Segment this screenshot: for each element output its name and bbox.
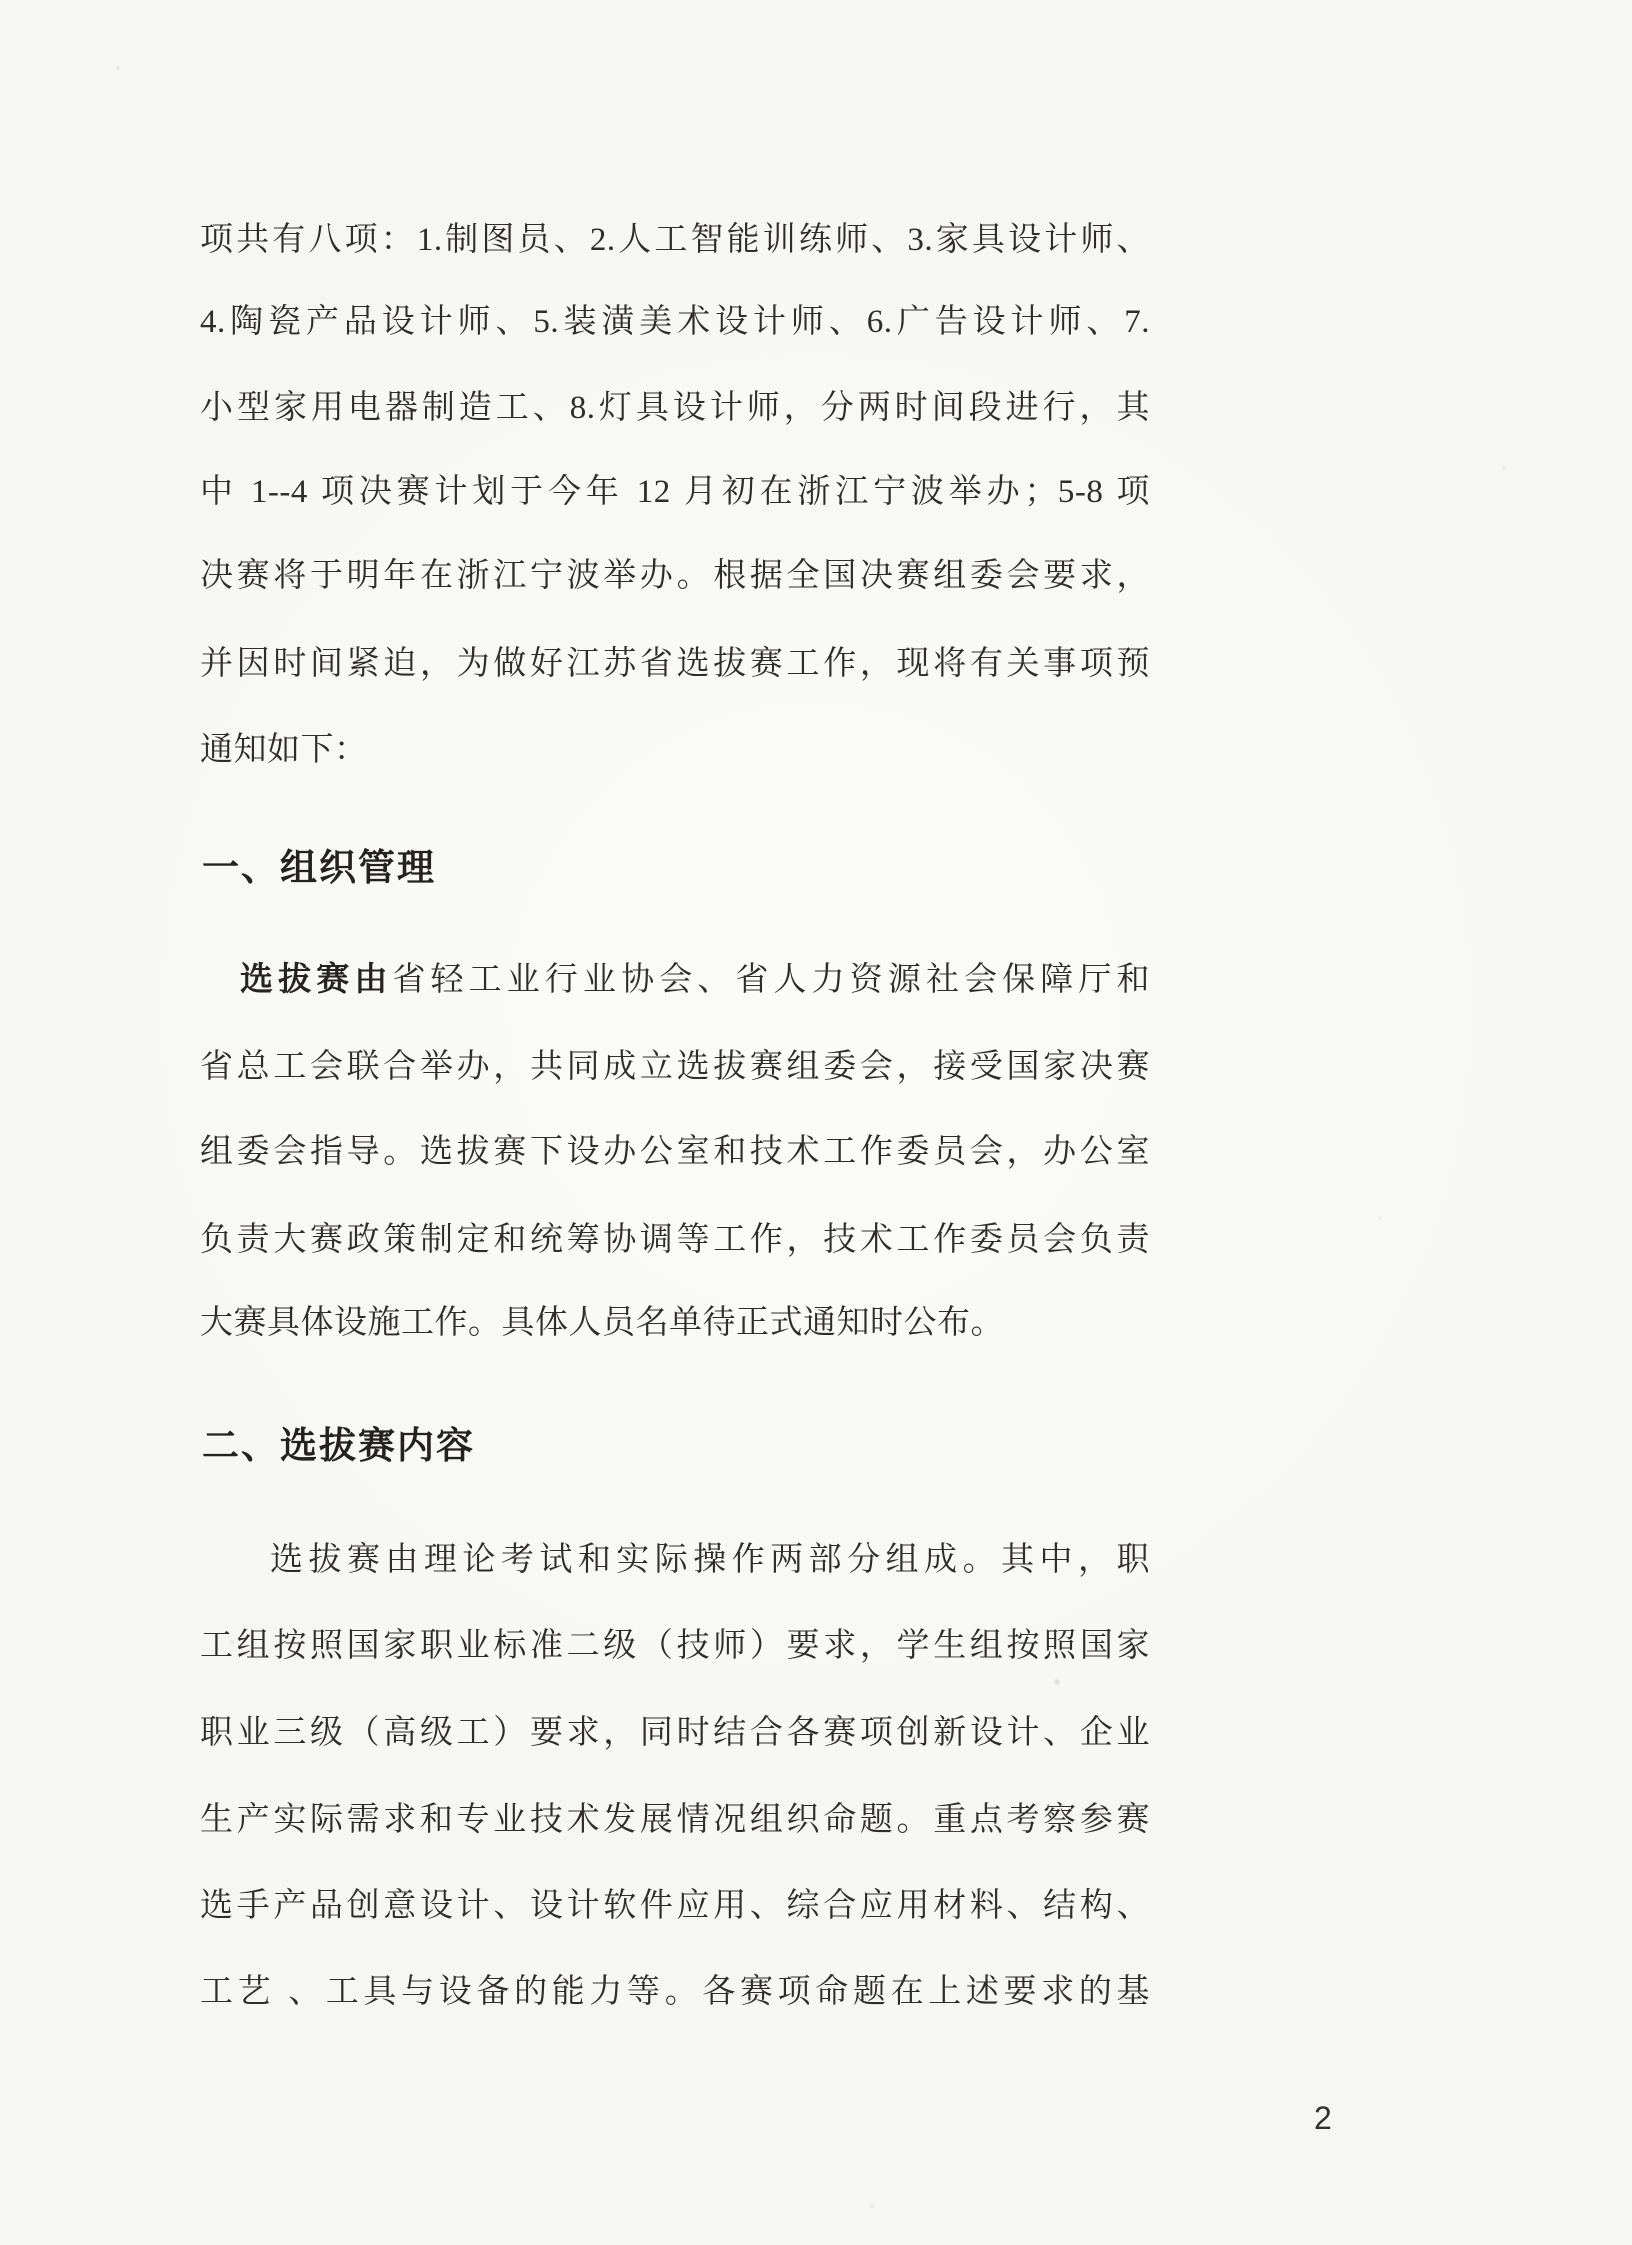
body-line: 工艺 、工具与设备的能力等。各赛项命题在上述要求的基 [200,1964,1150,2020]
section-heading-1: 一、组织管理 [202,838,436,898]
body-line-text: 省轻工业行业协会、省人力资源社会保障厅和 [392,962,1150,998]
body-line: 大赛具体设施工作。具体人员名单待正式通知时公布。 [200,1295,1150,1351]
scanned-document-page: 项共有八项：1.制图员、2.人工智能训练师、3.家具设计师、 4.陶瓷产品设计师… [0,0,1632,2245]
body-line: 职业三级（高级工）要求，同时结合各赛项创新设计、企业 [200,1705,1150,1761]
body-line: 小型家用电器制造工、8.灯具设计师，分两时间段进行，其 [200,380,1150,436]
body-line: 选手产品创意设计、设计软件应用、综合应用材料、结构、 [200,1878,1150,1934]
body-line: 4.陶瓷产品设计师、5.装潢美术设计师、6.广告设计师、7. [200,294,1150,350]
body-line: 中 1--4 项决赛计划于今年 12 月初在浙江宁波举办；5-8 项 [200,464,1150,520]
body-line: 决赛将于明年在浙江宁波举办。根据全国决赛组委会要求， [200,548,1150,604]
bold-lead-text: 选拔赛由 [240,962,392,998]
body-line: 项共有八项：1.制图员、2.人工智能训练师、3.家具设计师、 [200,212,1150,268]
body-line: 组委会指导。选拔赛下设办公室和技术工作委员会，办公室 [200,1124,1150,1180]
page-number: 2 [1314,2098,1332,2138]
body-line: 通知如下： [200,722,1150,778]
body-line: 选拔赛由理论考试和实际操作两部分组成。其中，职 [200,1532,1150,1588]
section-heading-2: 二、选拔赛内容 [202,1416,475,1476]
body-line: 选拔赛由省轻工业行业协会、省人力资源社会保障厅和 [200,952,1150,1008]
body-line: 生产实际需求和专业技术发展情况组织命题。重点考察参赛 [200,1792,1150,1848]
body-line: 省总工会联合举办，共同成立选拔赛组委会，接受国家决赛 [200,1039,1150,1095]
body-line: 负责大赛政策制定和统筹协调等工作，技术工作委员会负责 [200,1212,1150,1268]
body-line: 工组按照国家职业标准二级（技师）要求，学生组按照国家 [200,1618,1150,1674]
body-line: 并因时间紧迫，为做好江苏省选拔赛工作，现将有关事项预 [200,636,1150,692]
